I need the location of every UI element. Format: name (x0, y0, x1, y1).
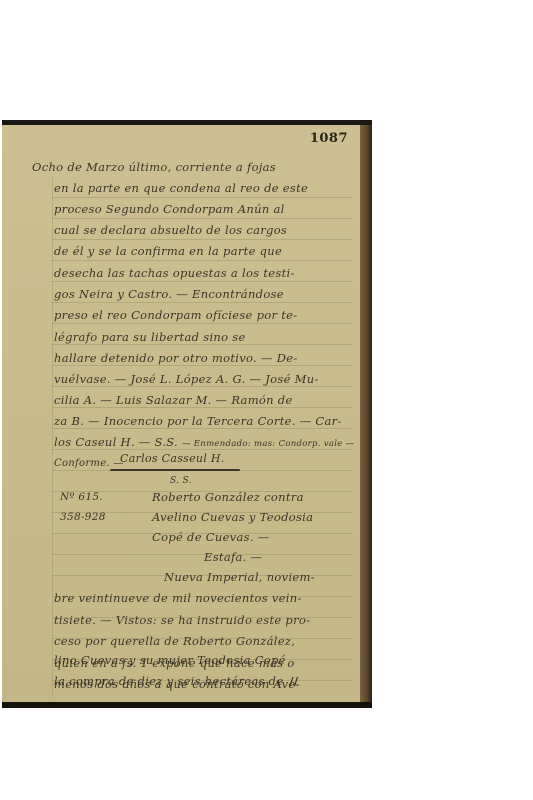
text-line: la compra de diez y seis hectáreas de // (54, 673, 384, 689)
parties-line: Avelino Cuevas y Teodosia (152, 509, 362, 525)
parties-line: Copé de Cuevas. — (152, 529, 362, 545)
text-line: ceso por querella de Roberto González, (54, 633, 362, 649)
text-line: bre veintinueve de mil novecientos vein- (54, 590, 362, 606)
text-line: za B. — Inocencio por la Tercera Corte. … (54, 413, 362, 429)
document-page: 1087 Ocho de Marzo último, corriente a f… (2, 125, 362, 702)
text-line: Ocho de Marzo último, corriente a fojas (32, 159, 362, 175)
end-of-page-mark: // (289, 674, 298, 688)
text-line: tisiete. — Vistos: se ha instruido este … (54, 612, 362, 628)
text-line: gos Neira y Castro. — Encontrándose (54, 286, 362, 302)
text-line: de él y se la confirma en la parte que (54, 243, 362, 259)
parties-line: Roberto González contra (152, 489, 362, 505)
binding-edge (360, 125, 372, 702)
page-number: 1087 (310, 131, 348, 146)
signature: Carlos Casseul H. (120, 451, 362, 467)
text-line: cilia A. — Luis Salazar M. — Ramón de (54, 392, 362, 408)
text-line: vuélvase. — José L. López A. G. — José M… (54, 371, 362, 387)
text-line: proceso Segundo Condorpam Anún al (54, 201, 362, 217)
text-line-content: la compra de diez y seis hectáreas de (54, 674, 283, 688)
margin-line (52, 177, 53, 697)
text-line: en la parte en que condena al reo de est… (54, 180, 362, 196)
text-line: légrafo para su libertad sino se (54, 329, 362, 345)
text-line: Nueva Imperial, noviem- (164, 569, 362, 585)
text-line: lino Cuevas y su mujer Teodosia Copé (54, 652, 384, 668)
bottom-shadow (2, 702, 372, 708)
text-line: preso el reo Condorpam ofíciese por te- (54, 307, 362, 323)
case-subject: Estafa. — (204, 549, 362, 565)
amendment-note: — Enmendado: mas: Condorp. vale — (182, 439, 354, 449)
signature-title: S. S. (170, 473, 362, 489)
document-scan: 1087 Ocho de Marzo último, corriente a f… (2, 120, 372, 708)
text-line: desecha las tachas opuestas a los testi- (54, 265, 362, 281)
text-line: hallare detenido por otro motivo. — De- (54, 350, 362, 366)
text-line: cual se declara absuelto de los cargos (54, 222, 362, 238)
text-line-content: los Caseul H. — S.S. (54, 435, 178, 449)
text-line: los Caseul H. — S.S. — Enmendado: mas: C… (54, 434, 354, 452)
signature-underline (110, 469, 240, 471)
